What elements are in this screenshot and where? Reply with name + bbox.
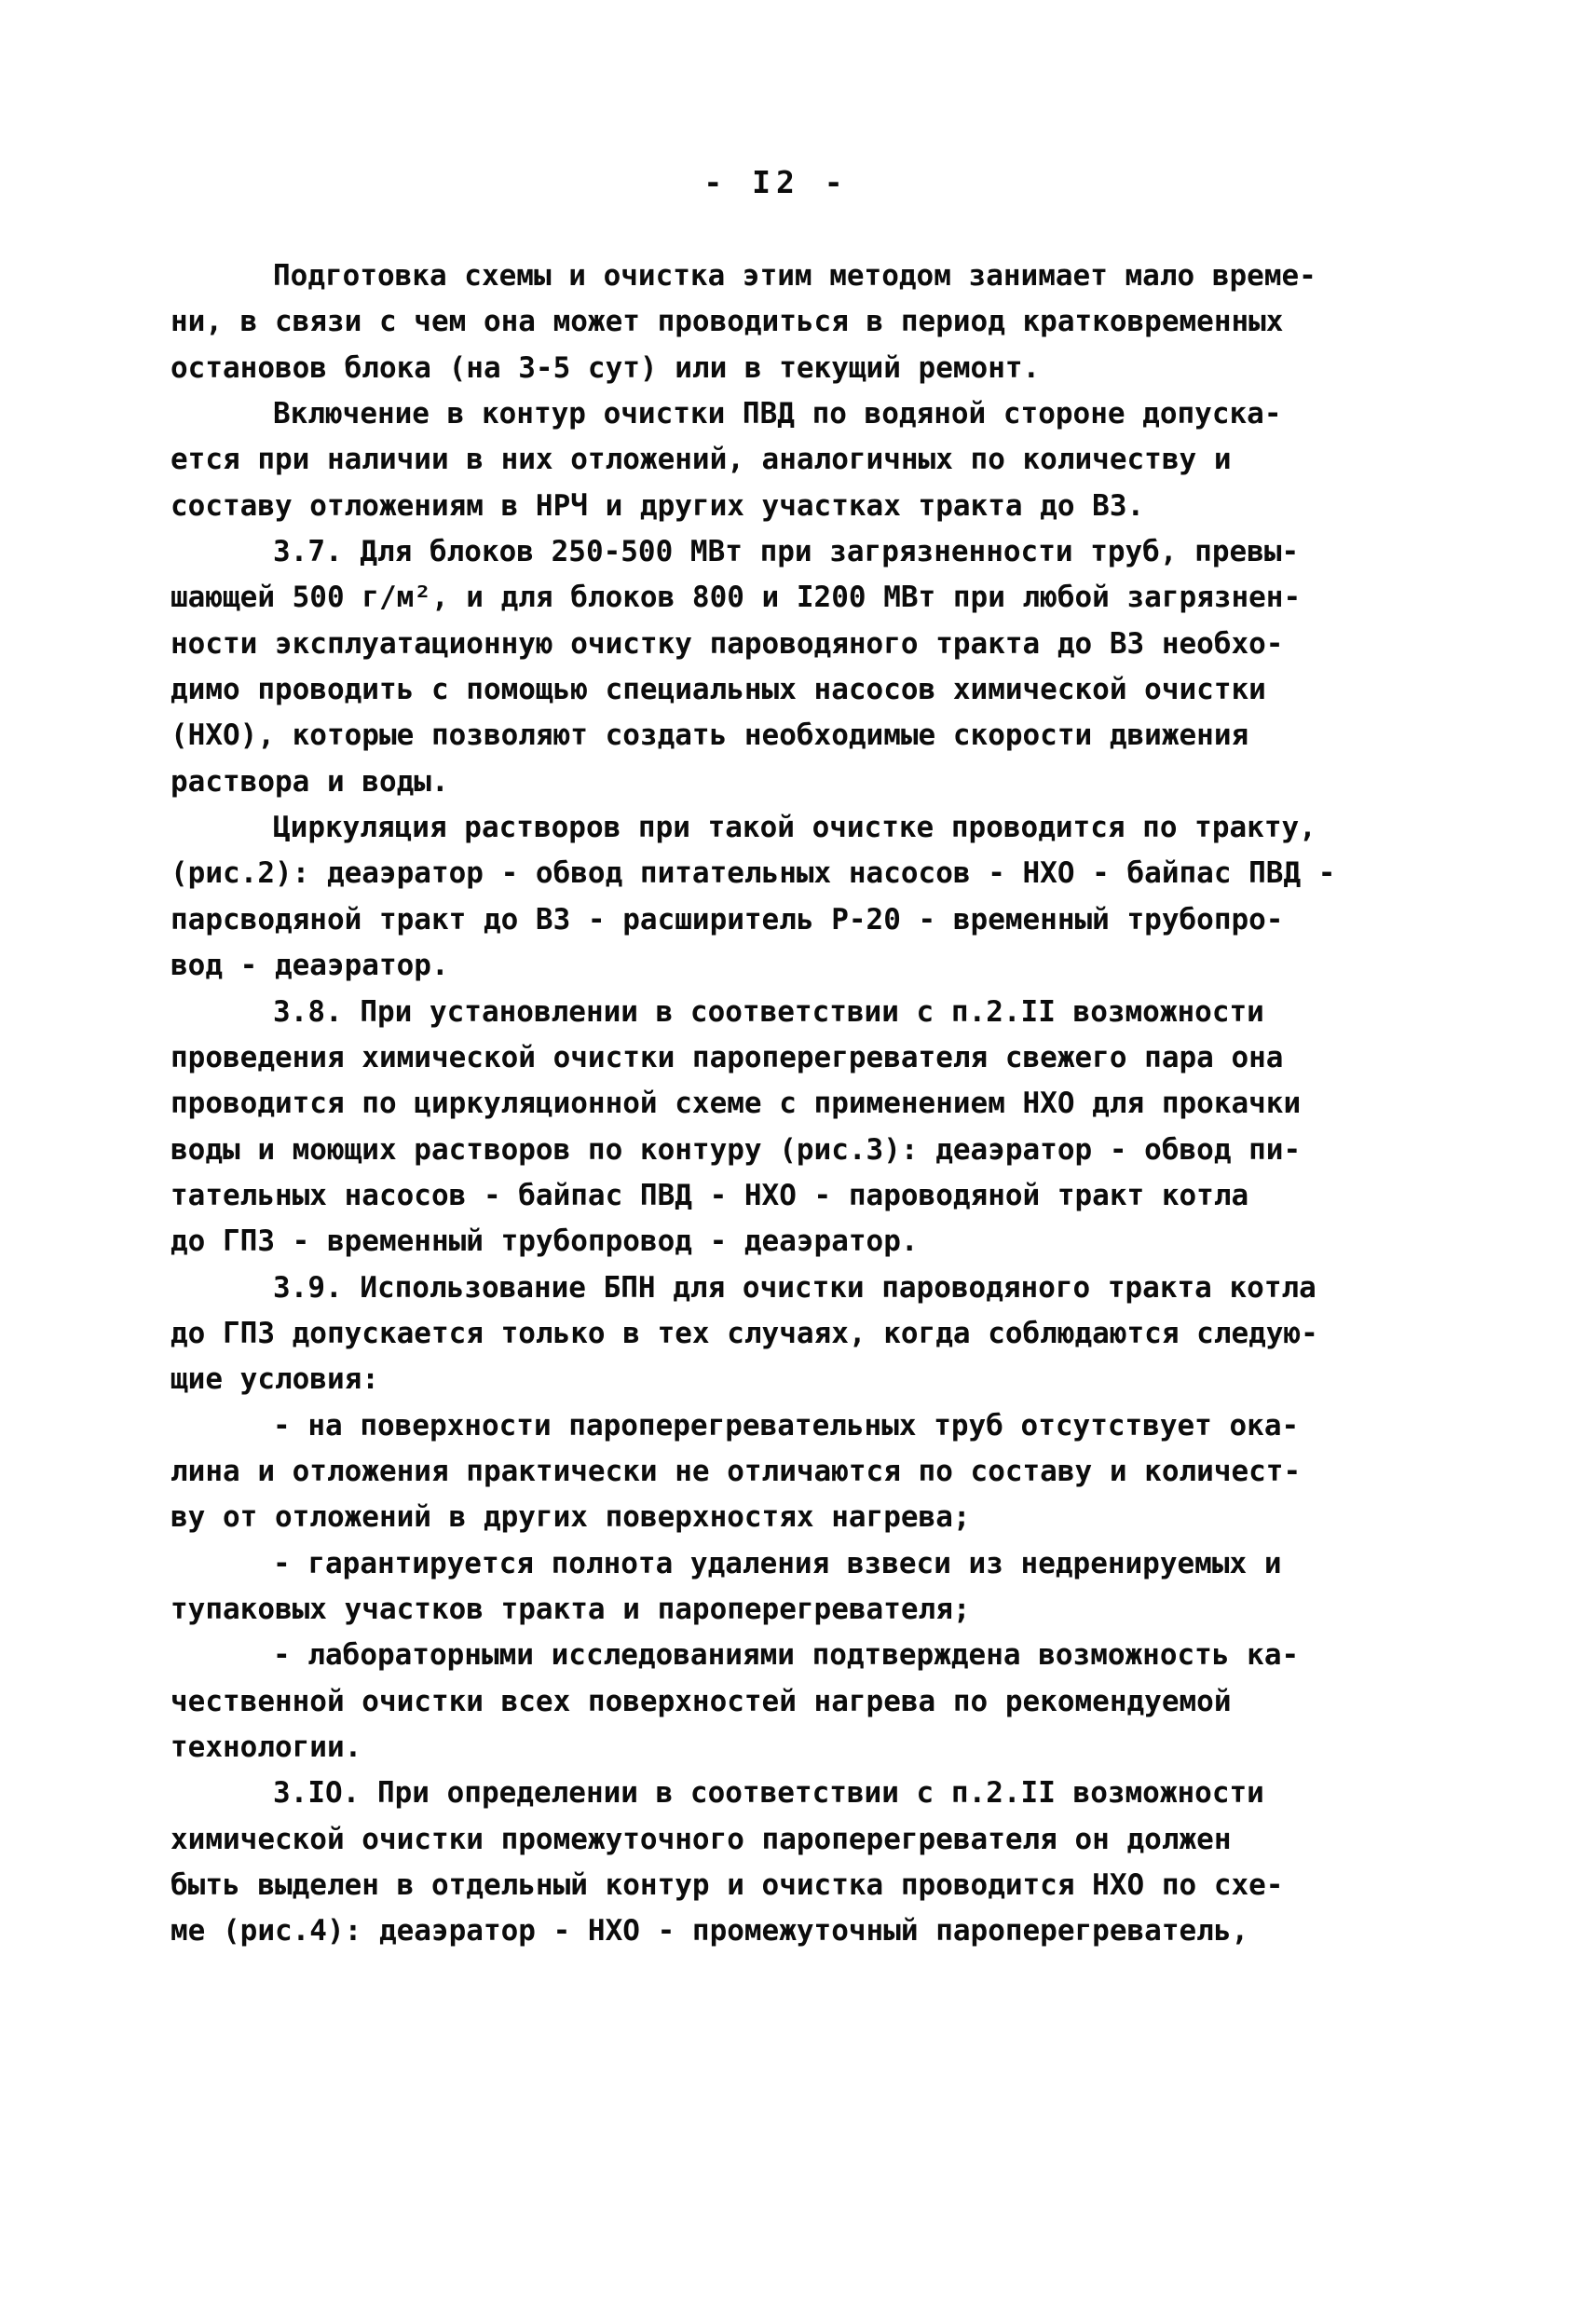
text-line: до ГПЗ - временный трубопровод - деаэрат… <box>171 1219 1419 1265</box>
text-line: Подготовка схемы и очистка этим методом … <box>171 253 1419 299</box>
text-line: технологии. <box>171 1725 1419 1771</box>
text-line: воды и моющих растворов по контуру (рис.… <box>171 1128 1419 1173</box>
page-number: - I2 - <box>171 159 1382 205</box>
text-line: тательных насосов - байпас ПВД - НХО - п… <box>171 1173 1419 1219</box>
text-line: парсводяной тракт до ВЗ - расширитель Р-… <box>171 897 1419 943</box>
text-line: 3.7. Для блоков 250-500 МВт при загрязне… <box>171 529 1419 575</box>
text-line: Включение в контур очистки ПВД по водяно… <box>171 391 1419 437</box>
text-line: остановов блока (на 3-5 сут) или в текущ… <box>171 346 1419 391</box>
text-line: щие условия: <box>171 1357 1419 1402</box>
text-line: быть выделен в отдельный контур и очистк… <box>171 1863 1419 1908</box>
text-line: 3.IO. При определении в соответствии с п… <box>171 1771 1419 1816</box>
text-line: лина и отложения практически не отличают… <box>171 1449 1419 1495</box>
text-line: вод - деаэратор. <box>171 943 1419 989</box>
document-body: Подготовка схемы и очистка этим методом … <box>171 253 1419 1955</box>
text-line: раствора и воды. <box>171 759 1419 805</box>
text-line: чественной очистки всех поверхностей наг… <box>171 1679 1419 1725</box>
scanned-document-page: - I2 - Подготовка схемы и очистка этим м… <box>0 0 1596 2311</box>
text-line: (НХО), которые позволяют создать необход… <box>171 713 1419 759</box>
text-line: - лабораторными исследованиями подтвержд… <box>171 1633 1419 1678</box>
text-line: проводится по циркуляционной схеме с при… <box>171 1081 1419 1127</box>
text-line: проведения химической очистки пароперегр… <box>171 1035 1419 1081</box>
text-line: - гарантируется полнота удаления взвеси … <box>171 1541 1419 1587</box>
text-line: ву от отложений в других поверхностях на… <box>171 1495 1419 1540</box>
text-line: ности эксплуатационную очистку пароводян… <box>171 622 1419 667</box>
text-line: составу отложениям в НРЧ и других участк… <box>171 484 1419 529</box>
text-line: ется при наличии в них отложений, аналог… <box>171 437 1419 483</box>
text-line: до ГПЗ допускается только в тех случаях,… <box>171 1311 1419 1357</box>
text-line: тупаковых участков тракта и пароперегрев… <box>171 1587 1419 1633</box>
text-line: - на поверхности пароперегревательных тр… <box>171 1403 1419 1449</box>
text-line: (рис.2): деаэратор - обвод питательных н… <box>171 851 1419 896</box>
text-line: 3.8. При установлении в соответствии с п… <box>171 990 1419 1035</box>
text-line: ме (рис.4): деаэратор - НХО - промежуточ… <box>171 1908 1419 1954</box>
text-line: химической очистки промежуточного паропе… <box>171 1817 1419 1863</box>
text-line: димо проводить с помощью специальных нас… <box>171 667 1419 713</box>
text-line: ни, в связи с чем она может проводиться … <box>171 299 1419 345</box>
text-line: 3.9. Использование БПН для очистки паров… <box>171 1265 1419 1311</box>
text-line: шающей 500 г/м², и для блоков 800 и I200… <box>171 575 1419 621</box>
text-line: Циркуляция растворов при такой очистке п… <box>171 805 1419 851</box>
